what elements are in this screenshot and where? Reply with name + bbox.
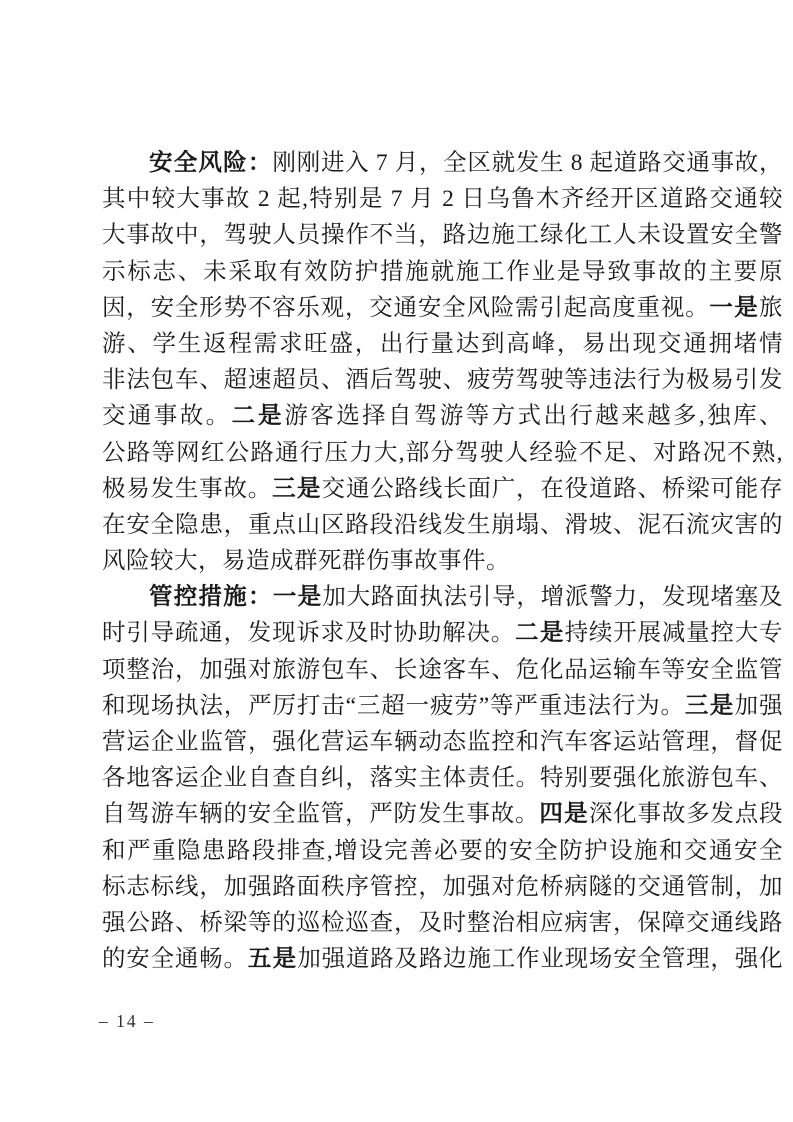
document-page: 安全风险：刚刚进入 7 月，全区就发生 8 起道路交通事故，其中较大事故 2 起… [0,0,793,1122]
body-text: 加强道路及路边施工作业现场安全管理，强化 [297,946,783,972]
body-text: 旅 [759,295,783,321]
body-text: 加强 [735,693,783,719]
text-line: 各地客运企业自查自纠，落实主体责任。特别要强化旅游包车、 [102,760,783,796]
body-text: 刚刚进入 7 月，全区就发生 8 起道路交通事故， [273,150,783,176]
text-line: 因，安全形势不容乐观，交通安全风险需引起高度重视。一是旅 [102,290,783,326]
body-text: 在安全隐患，重点山区路段沿线发生崩塌、滑坡、泥石流灾害的 [102,512,783,538]
text-line: 风险较大，易造成群死群伤事故事件。 [102,543,783,579]
text-line: 强公路、桥梁等的巡检巡查，及时整治相应病害，保障交通线路 [102,905,783,941]
text-line: 时引导疏通，发现诉求及时协助解决。二是持续开展减量控大专 [102,615,783,651]
text-line: 营运企业监管，强化营运车辆动态监控和汽车客运站管理，督促 [102,724,783,760]
paragraph-safety-risks: 安全风险：刚刚进入 7 月，全区就发生 8 起道路交通事故，其中较大事故 2 起… [102,145,783,579]
body-text: 各地客运企业自查自纠，落实主体责任。特别要强化旅游包车、 [102,765,783,791]
text-line: 游、学生返程需求旺盛，出行量达到高峰，易出现交通拥堵情况。 [102,326,783,362]
body-text: 公路等网红公路通行压力大,部分驾驶人经验不足、对路况不熟, [102,440,783,466]
body-text: 项整治，加强对旅游包车、长途客车、危化品运输车等安全监管 [102,657,783,683]
emphasis-text: 四是 [539,801,589,827]
text-line: 的安全通畅。五是加强道路及路边施工作业现场安全管理，强化 [102,941,783,977]
text-line: 其中较大事故 2 起,特别是 7 月 2 日乌鲁木齐经开区道路交通较 [102,181,783,217]
page-number: – 14 – [99,1011,155,1032]
emphasis-text: 管控措施： [149,584,273,610]
emphasis-text: 五是 [248,946,298,972]
body-text: 示标志、未采取有效防护措施就施工作业是导致事故的主要原 [102,259,783,285]
text-line: 极易发生事故。三是交通公路线长面广，在役道路、桥梁可能存 [102,471,783,507]
text-line: 标志标线，加强路面秩序管控，加强对危桥病隧的交通管制，加 [102,869,783,905]
body-text: 游、学生返程需求旺盛，出行量达到高峰，易出现交通拥堵情况。 [102,331,783,362]
text-line: 示标志、未采取有效防护措施就施工作业是导致事故的主要原 [102,254,783,290]
body-text: 大事故中，驾驶人员操作不当，路边施工绿化工人未设置安全警 [102,222,783,248]
text-line: 非法包车、超速超员、酒后驾驶、疲劳驾驶等违法行为极易引发 [102,362,783,398]
text-line: 公路等网红公路通行压力大,部分驾驶人经验不足、对路况不熟, [102,435,783,471]
text-line: 和严重隐患路段排查,增设完善必要的安全防护设施和交通安全 [102,833,783,869]
emphasis-text: 一是 [709,295,759,321]
body-text: 交通事故。 [102,403,232,429]
body-text: 风险较大，易造成群死群伤事故事件。 [102,548,510,574]
body-text: 的安全通畅。 [102,946,248,972]
paragraph-control-measures: 管控措施：一是加大路面执法引导，增派警力，发现堵塞及时引导疏通，发现诉求及时协助… [102,579,783,977]
body-text: 其中较大事故 2 起,特别是 7 月 2 日乌鲁木齐经开区道路交通较 [102,186,783,212]
body-text: 和严重隐患路段排查,增设完善必要的安全防护设施和交通安全 [102,838,783,864]
text-line: 安全风险：刚刚进入 7 月，全区就发生 8 起道路交通事故， [102,145,783,181]
body-text: 极易发生事故。 [102,476,272,502]
body-text: 深化事故多发点段 [589,801,783,827]
body-text: 营运企业监管，强化营运车辆动态监控和汽车客运站管理，督促 [102,729,783,755]
body-text: 交通公路线长面广，在役道路、桥梁可能存 [322,476,783,502]
text-line: 管控措施：一是加大路面执法引导，增派警力，发现堵塞及 [102,579,783,615]
body-text: 因，安全形势不容乐观，交通安全风险需引起高度重视。 [102,295,709,321]
body-text: 非法包车、超速超员、酒后驾驶、疲劳驾驶等违法行为极易引发 [102,367,783,393]
body-text: 加大路面执法引导，增派警力，发现堵塞及 [322,584,783,610]
body-text: 强公路、桥梁等的巡检巡查，及时整治相应病害，保障交通线路 [102,910,783,936]
text-line: 交通事故。二是游客选择自驾游等方式出行越来越多,独库、S101 [102,398,783,434]
emphasis-text: 二是 [515,620,565,646]
emphasis-text: 一是 [273,584,323,610]
emphasis-text: 三是 [685,693,735,719]
document-body: 安全风险：刚刚进入 7 月，全区就发生 8 起道路交通事故，其中较大事故 2 起… [102,145,783,977]
body-text: 标志标线，加强路面秩序管控，加强对危桥病隧的交通管制，加 [102,874,783,900]
text-line: 自驾游车辆的安全监管，严防发生事故。四是深化事故多发点段 [102,796,783,832]
body-text: 和现场执法，严厉打击“三超一疲劳”等严重违法行为。 [102,693,685,719]
body-text: 时引导疏通，发现诉求及时协助解决。 [102,620,515,646]
body-text: 持续开展减量控大专 [565,620,783,646]
text-line: 和现场执法，严厉打击“三超一疲劳”等严重违法行为。三是加强 [102,688,783,724]
text-line: 在安全隐患，重点山区路段沿线发生崩塌、滑坡、泥石流灾害的 [102,507,783,543]
text-line: 大事故中，驾驶人员操作不当，路边施工绿化工人未设置安全警 [102,217,783,253]
body-text: 自驾游车辆的安全监管，严防发生事故。 [102,801,539,827]
emphasis-text: 三是 [272,476,322,502]
emphasis-text: 二是 [232,403,285,429]
text-line: 项整治，加强对旅游包车、长途客车、危化品运输车等安全监管 [102,652,783,688]
emphasis-text: 安全风险： [149,150,273,176]
